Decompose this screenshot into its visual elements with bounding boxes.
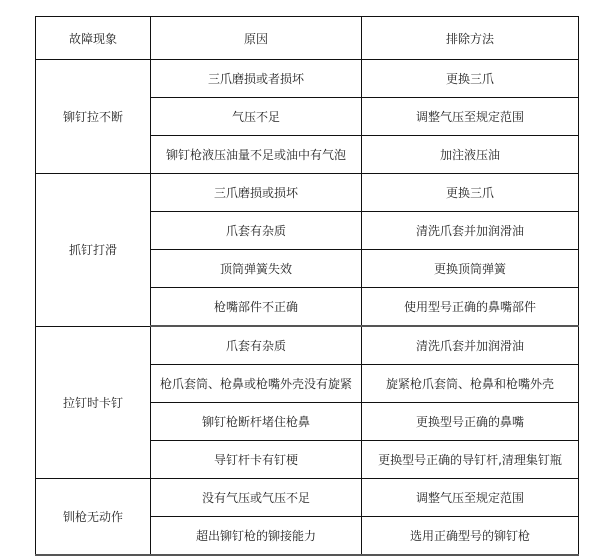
cause-cell: 枪爪套筒、枪鼻或枪嘴外壳没有旋紧 (151, 365, 362, 403)
remedy-cell: 更换顶筒弹簧 (362, 250, 579, 288)
cause-cell: 铆钉枪断杆堵住枪鼻 (151, 403, 362, 441)
table-row: 铆钉拉不断 三爪磨损或者损坏 更换三爪 (36, 60, 579, 98)
remedy-cell: 使用型号正确的鼻嘴部件 (362, 288, 579, 327)
cause-cell: 超出铆钉枪的铆接能力 (151, 517, 362, 556)
cause-cell: 三爪磨损或损坏 (151, 174, 362, 212)
table-row: 钏枪无动作 没有气压或气压不足 调整气压至规定范围 (36, 479, 579, 517)
remedy-cell: 更换三爪 (362, 174, 579, 212)
remedy-cell: 选用正确型号的铆钉枪 (362, 517, 579, 556)
remedy-cell: 加注液压油 (362, 136, 579, 174)
cause-cell: 铆钉枪液压油量不足或油中有气泡 (151, 136, 362, 174)
troubleshooting-table: 故障现象 原因 排除方法 铆钉拉不断 三爪磨损或者损坏 更换三爪 气压不足 调整… (35, 16, 579, 556)
remedy-cell: 清洗爪套并加润滑油 (362, 326, 579, 365)
symptom-cell: 抓钉打滑 (36, 174, 151, 327)
header-symptom: 故障现象 (36, 17, 151, 60)
cause-cell: 爪套有杂质 (151, 212, 362, 250)
remedy-cell: 清洗爪套并加润滑油 (362, 212, 579, 250)
header-cause: 原因 (151, 17, 362, 60)
cause-cell: 气压不足 (151, 98, 362, 136)
table-row: 抓钉打滑 三爪磨损或损坏 更换三爪 (36, 174, 579, 212)
cause-cell: 没有气压或气压不足 (151, 479, 362, 517)
remedy-cell: 更换三爪 (362, 60, 579, 98)
remedy-cell: 旋紧枪爪套筒、枪鼻和枪嘴外壳 (362, 365, 579, 403)
symptom-cell: 铆钉拉不断 (36, 60, 151, 174)
remedy-cell: 更换型号正确的导钉杆,清理集钉瓶 (362, 441, 579, 479)
table-row: 拉钉时卡钉 爪套有杂质 清洗爪套并加润滑油 (36, 326, 579, 365)
remedy-cell: 更换型号正确的鼻嘴 (362, 403, 579, 441)
remedy-cell: 调整气压至规定范围 (362, 479, 579, 517)
header-row: 故障现象 原因 排除方法 (36, 17, 579, 60)
cause-cell: 三爪磨损或者损坏 (151, 60, 362, 98)
remedy-cell: 调整气压至规定范围 (362, 98, 579, 136)
symptom-cell: 拉钉时卡钉 (36, 326, 151, 479)
cause-cell: 顶筒弹簧失效 (151, 250, 362, 288)
symptom-cell: 钏枪无动作 (36, 479, 151, 556)
cause-cell: 导钉杆卡有钉梗 (151, 441, 362, 479)
header-remedy: 排除方法 (362, 17, 579, 60)
cause-cell: 枪嘴部件不正确 (151, 288, 362, 327)
cause-cell: 爪套有杂质 (151, 326, 362, 365)
